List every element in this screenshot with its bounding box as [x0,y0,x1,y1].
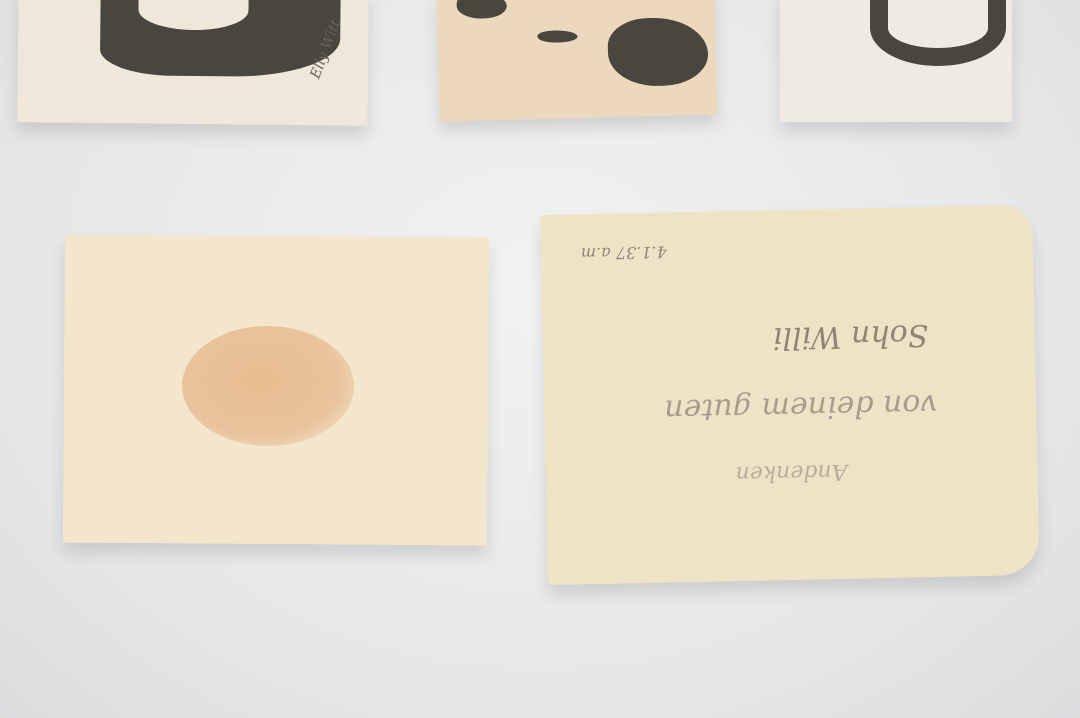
inscription-date: 4.1.37 a.m [581,243,667,264]
stain [182,325,355,446]
photo-top-left: Elly Witt [17,0,368,126]
photo-bottom-right: 4.1.37 a.m Sohn Willi von deinem guten A… [540,205,1040,585]
inscription-line2: von deinem guten [664,387,938,428]
photo-top-middle [436,0,717,122]
emulsion-residue [870,0,1006,66]
inscription-line1: Sohn Willi [772,317,928,355]
inscription-line3: Andenken [735,459,847,486]
photo-bottom-left [63,235,489,546]
emulsion-residue [607,17,709,88]
photo-top-right [780,0,1012,122]
